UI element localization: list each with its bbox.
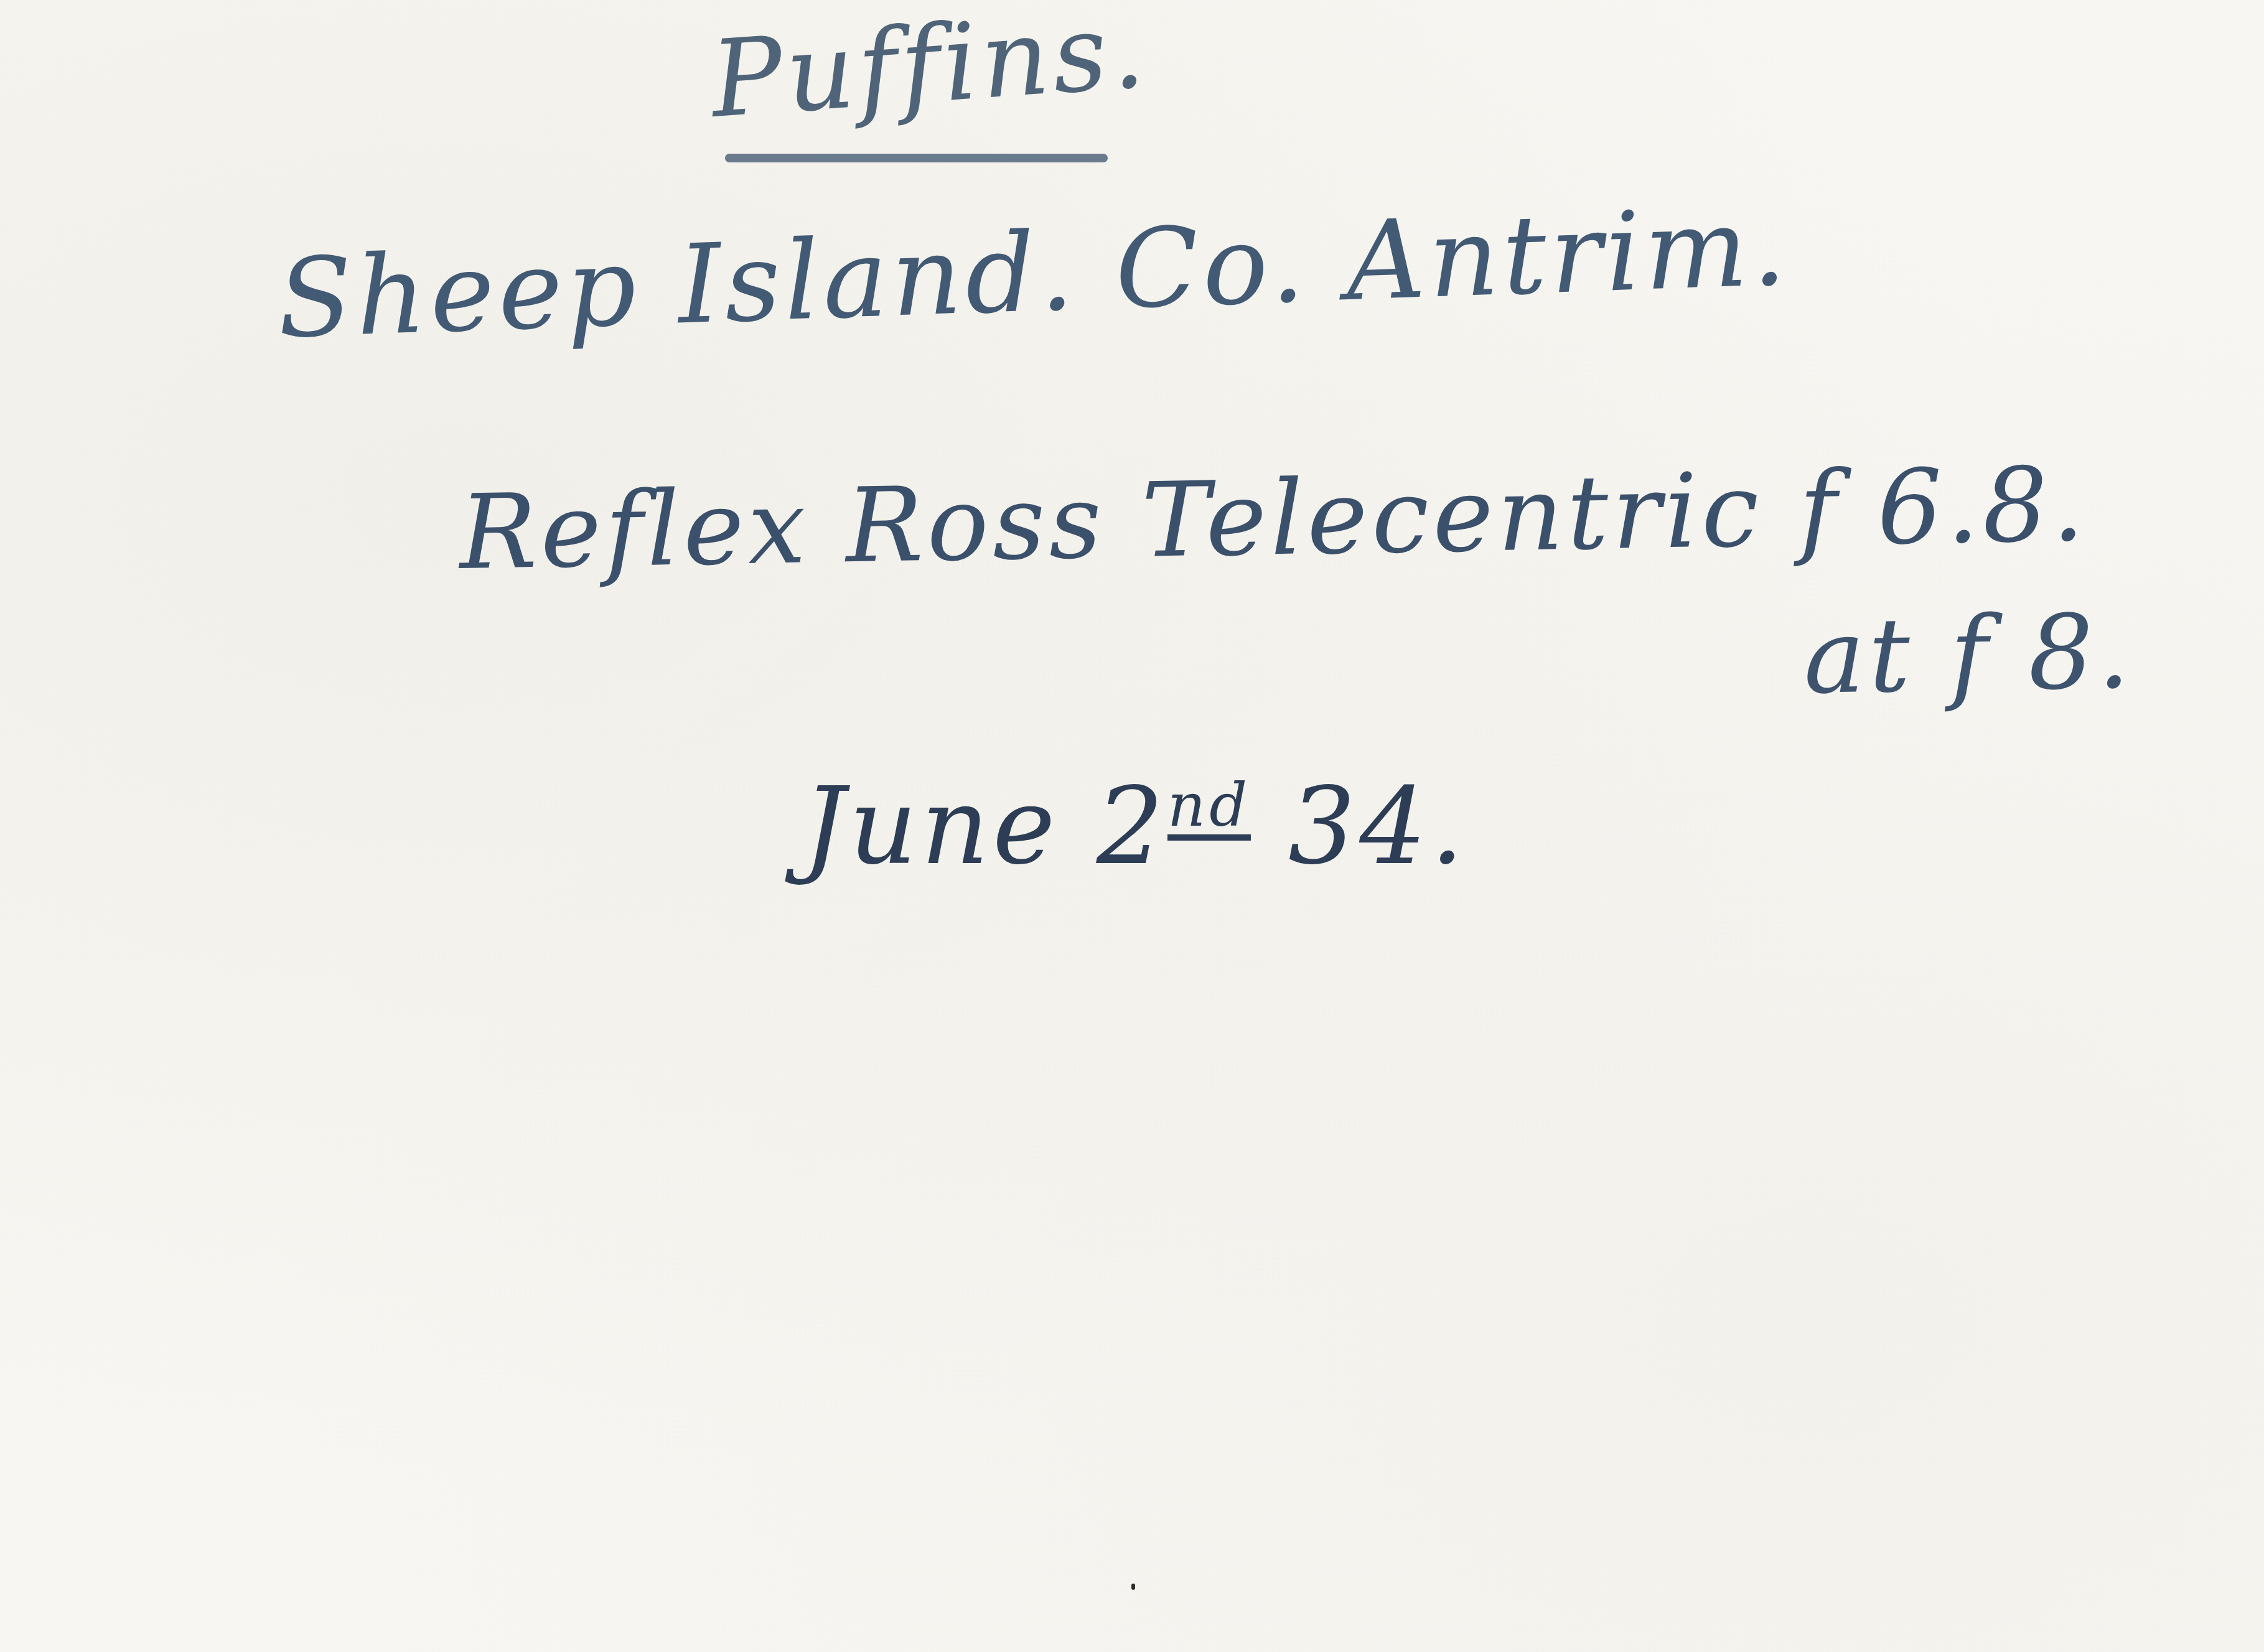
date-year: 34. [1288,765,1467,889]
title-underline [725,154,1108,162]
aperture-line: at f 8. [1803,592,2135,717]
paper-speck [1131,1584,1135,1590]
date-ordinal: nd [1167,772,1251,840]
date-line: June 2nd 34. [803,765,1467,889]
photo-card-back: Puffins. Sheep Island. Co. Antrim. Refle… [0,0,2264,1652]
caption-title: Puffins. [707,0,1152,142]
camera-lens-line: Reflex Ross Telecentric f 6.8. [459,444,2089,592]
location-line: Sheep Island. Co. Antrim. [276,184,1792,363]
date-month: June [803,765,1059,889]
date-day: 2 [1097,765,1167,889]
